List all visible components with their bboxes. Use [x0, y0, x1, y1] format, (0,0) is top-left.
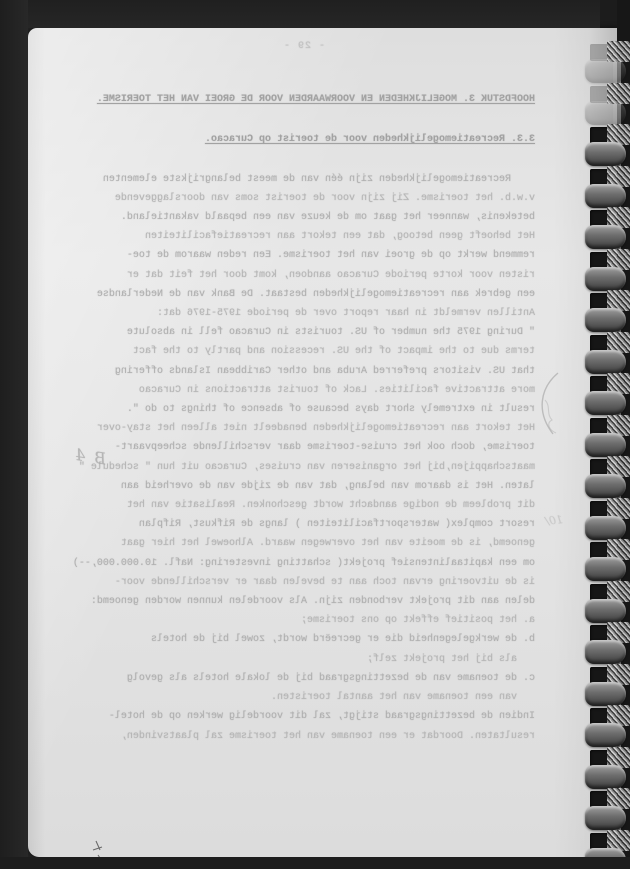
binding-comb-loop-icon	[585, 142, 626, 166]
body-line: maatschappijen,bij het organiseren van c…	[73, 458, 535, 477]
binding-ring	[585, 418, 630, 460]
body-line: laten. Het is daarom van belang, dat van…	[73, 477, 535, 496]
body-line: om een kapitaalintensief projekt( schatt…	[73, 554, 535, 573]
body-line: a. het positief effekt op ons toerisme;	[73, 611, 535, 630]
binding-comb-loop-icon	[585, 557, 626, 581]
body-line: risten voor korte periode Curacao aandoe…	[73, 266, 535, 285]
binding-ring	[585, 335, 630, 377]
body-line: terms due to the impact of the US. reces…	[73, 342, 535, 361]
binding-comb-loop-icon	[585, 516, 626, 540]
binding-comb-loop-icon	[585, 267, 626, 291]
body-text: Recreatiemogelijkheden zijn één van de m…	[73, 170, 535, 746]
body-line: b. de werkgelegenheid die er gecreërd wo…	[73, 630, 535, 649]
scanned-document-photo: - 29 - HOOFDSTUK 3. MOGELIJKHEDEN EN VOO…	[0, 0, 630, 869]
body-line: more attractive facilities. Lack of tour…	[73, 381, 535, 400]
body-line: Het behoeft geen betoog, dat een tekort …	[73, 227, 535, 246]
body-line: v.w.b. het toerisme. Zij zijn voor de to…	[73, 189, 535, 208]
body-line: is de uitvoering ervan toch aan te bevel…	[73, 573, 535, 592]
body-line: " During 1975 the number of US. tourists…	[73, 323, 535, 342]
binding-comb-loop-icon	[585, 101, 626, 125]
body-line: toerisme, doch ook het cruise-toerisme d…	[73, 438, 535, 457]
body-line: als bij het projekt zelf;	[73, 650, 535, 669]
binding-ring	[585, 210, 630, 252]
binding-comb-loop-icon	[585, 308, 626, 332]
binding-comb-loop-icon	[585, 433, 626, 457]
binding-ring	[585, 169, 630, 211]
binding-ring	[585, 293, 630, 335]
binding-ring	[585, 708, 630, 750]
binding-comb-loop-icon	[585, 640, 626, 664]
binding-comb-loop-icon	[585, 806, 626, 830]
scan-border-left	[0, 0, 28, 869]
binding-comb-loop-icon	[585, 474, 626, 498]
binding-ring	[585, 584, 630, 626]
chapter-heading: HOOFDSTUK 3. MOGELIJKHEDEN EN VOORWAARDE…	[73, 90, 535, 109]
body-line: een gebrek aan recreatiemogelijkheden be…	[73, 285, 535, 304]
body-line: delen aan dit projekt verbonden zijn. Al…	[73, 592, 535, 611]
binding-ring	[585, 86, 630, 128]
binding-ring	[585, 44, 630, 86]
binding-ring	[585, 667, 630, 709]
binding-ring	[585, 501, 630, 543]
body-line: van een toename van het aantal toeristen…	[73, 688, 535, 707]
binding-comb-loop-icon	[585, 350, 626, 374]
binding-ring	[585, 791, 630, 833]
document-page: - 29 - HOOFDSTUK 3. MOGELIJKHEDEN EN VOO…	[28, 28, 618, 857]
binding-comb-loop-icon	[585, 765, 626, 789]
binding-comb-loop-icon	[585, 59, 626, 83]
body-line: genoemd, is de moeite van het overwegen …	[73, 534, 535, 553]
pencil-annotation-small: 10/	[544, 510, 564, 531]
binding-comb-loop-icon	[585, 723, 626, 747]
binding-ring	[585, 376, 630, 418]
binding-comb-loop-icon	[585, 391, 626, 415]
binding-comb-loop-icon	[585, 682, 626, 706]
body-line: resultaten. Doordat er een toename van h…	[73, 727, 535, 746]
binding-ring	[585, 252, 630, 294]
comb-binding	[585, 44, 630, 844]
mirrored-page-content: - 29 - HOOFDSTUK 3. MOGELIJKHEDEN EN VOO…	[28, 28, 618, 857]
body-line: betekenis, wanneer het gaat om de keuze …	[73, 208, 535, 227]
body-line: result in extremely short days because o…	[73, 400, 535, 419]
scan-border-top	[0, 0, 600, 28]
body-line: dit probleem de nodige aandacht wordt ge…	[73, 496, 535, 515]
body-line: resort complex( watersportfaciliteiten )…	[73, 515, 535, 534]
binding-comb-loop-icon	[585, 599, 626, 623]
binding-comb-loop-icon	[585, 184, 626, 208]
body-line: remmend werkt op de groei van het toeris…	[73, 246, 535, 265]
body-line: Antillen vermeldt in haar report over de…	[73, 304, 535, 323]
scan-border-bottom	[0, 857, 630, 869]
binding-ring	[585, 625, 630, 667]
body-line: Het tekort aan recreatiemogelijkheden be…	[73, 419, 535, 438]
body-line: c. de toename van de bezettingsgraad bij…	[73, 669, 535, 688]
binding-ring	[585, 542, 630, 584]
section-heading: 3.3. Recreatiemogelijkheden voor de toer…	[73, 130, 535, 149]
binding-ring	[585, 459, 630, 501]
body-line: that US. visitors preferred Aruba and ot…	[73, 362, 535, 381]
body-line: Recreatiemogelijkheden zijn één van de m…	[73, 170, 535, 189]
binding-comb-loop-icon	[585, 225, 626, 249]
binding-ring	[585, 750, 630, 792]
body-line: Indien de bezettingsgraad stijgt, zal di…	[73, 707, 535, 726]
page-number: - 29 -	[73, 37, 535, 56]
binding-ring	[585, 127, 630, 169]
